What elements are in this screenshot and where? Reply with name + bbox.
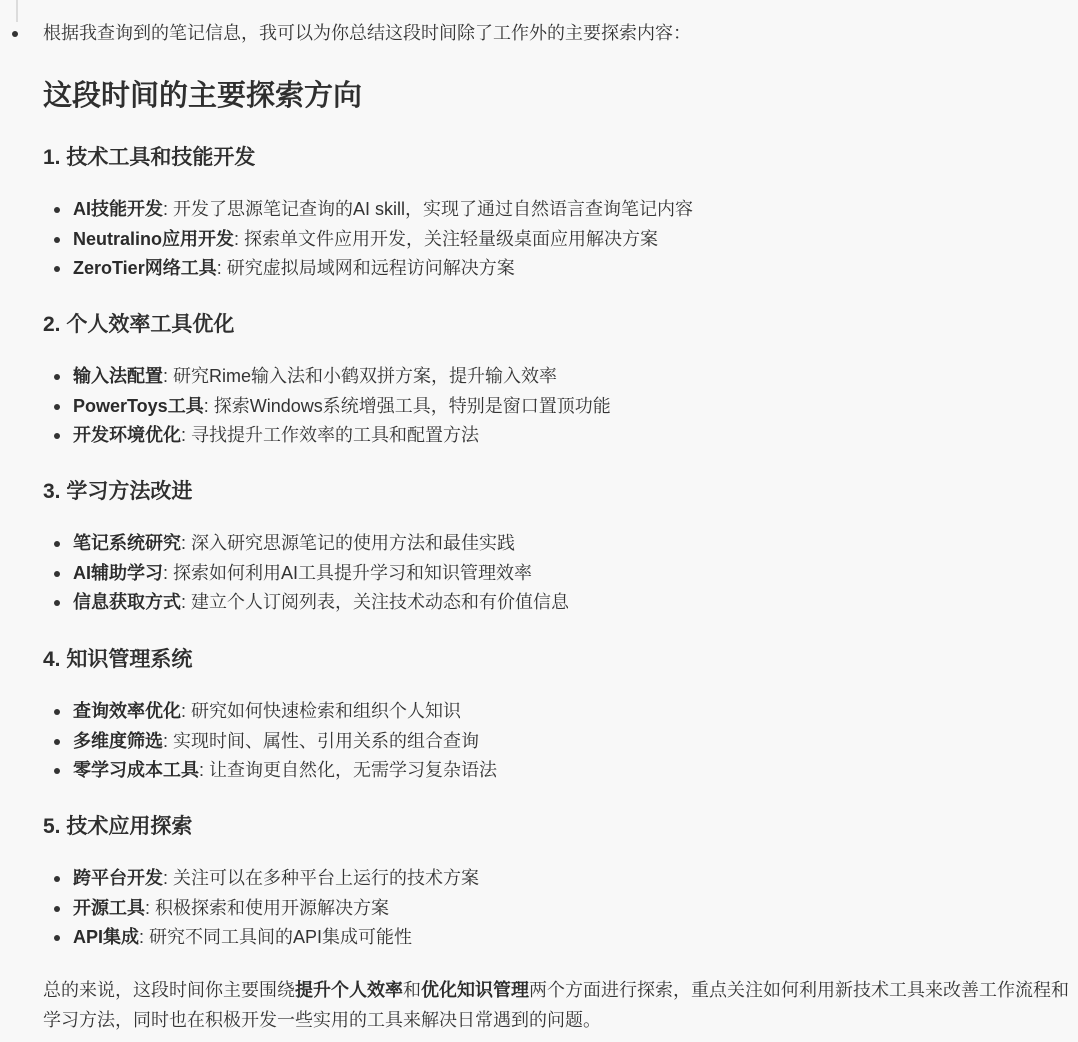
bullet-icon xyxy=(54,600,60,606)
item-text: 积极探索和使用开源解决方案 xyxy=(155,898,389,918)
item-label: Neutralino应用开发 xyxy=(73,229,234,249)
bullet-icon xyxy=(54,709,60,715)
item-label: 信息获取方式 xyxy=(73,592,181,612)
item-text: 开发了思源笔记查询的AI skill，实现了通过自然语言查询笔记内容 xyxy=(173,199,693,219)
bullet-icon xyxy=(54,935,60,941)
item-text: 研究如何快速检索和组织个人知识 xyxy=(191,701,461,721)
summary-emphasis: 提升个人效率 xyxy=(295,980,403,1000)
section-learning-methods: 3. 学习方法改进 笔记系统研究: 深入研究思源笔记的使用方法和最佳实践 AI辅… xyxy=(43,478,1073,618)
item-text: 建立个人订阅列表，关注技术动态和有价值信息 xyxy=(191,592,569,612)
item-label: 零学习成本工具 xyxy=(73,760,199,780)
list-item: AI辅助学习: 探索如何利用AI工具提升学习和知识管理效率 xyxy=(43,559,1073,589)
item-label: 开源工具 xyxy=(73,898,145,918)
section-efficiency-tools: 2. 个人效率工具优化 输入法配置: 研究Rime输入法和小鹤双拼方案，提升输入… xyxy=(43,311,1073,451)
item-label: AI技能开发 xyxy=(73,199,163,219)
list-item: ZeroTier网络工具: 研究虚拟局域网和远程访问解决方案 xyxy=(43,254,1073,284)
summary-emphasis: 优化知识管理 xyxy=(421,980,529,1000)
bullet-icon xyxy=(54,433,60,439)
list-item: API集成: 研究不同工具间的API集成可能性 xyxy=(43,923,1073,953)
summary-paragraph: 总的来说，这段时间你主要围绕提升个人效率和优化知识管理两个方面进行探索，重点关注… xyxy=(43,975,1073,1035)
bullet-icon xyxy=(54,906,60,912)
item-text: 探索如何利用AI工具提升学习和知识管理效率 xyxy=(173,563,532,583)
bullet-icon xyxy=(54,876,60,882)
bullet-icon xyxy=(54,266,60,272)
section-knowledge-management: 4. 知识管理系统 查询效率优化: 研究如何快速检索和组织个人知识 多维度筛选:… xyxy=(43,646,1073,786)
item-label: 查询效率优化 xyxy=(73,701,181,721)
item-text: 研究Rime输入法和小鹤双拼方案，提升输入效率 xyxy=(173,366,557,386)
bullet-icon xyxy=(54,237,60,243)
thread-line xyxy=(16,0,18,22)
item-label: 多维度筛选 xyxy=(73,731,163,751)
item-label: PowerToys工具 xyxy=(73,396,204,416)
section-tech-application: 5. 技术应用探索 跨平台开发: 关注可以在多种平台上运行的技术方案 开源工具:… xyxy=(43,813,1073,953)
item-text: 关注可以在多种平台上运行的技术方案 xyxy=(173,868,479,888)
item-text: 研究不同工具间的API集成可能性 xyxy=(149,927,412,947)
list-item: 输入法配置: 研究Rime输入法和小鹤双拼方案，提升输入效率 xyxy=(43,362,1073,392)
list-item: 查询效率优化: 研究如何快速检索和组织个人知识 xyxy=(43,697,1073,727)
list-item: 开发环境优化: 寻找提升工作效率的工具和配置方法 xyxy=(43,421,1073,451)
list-item: 多维度筛选: 实现时间、属性、引用关系的组合查询 xyxy=(43,727,1073,757)
item-list: AI技能开发: 开发了思源笔记查询的AI skill，实现了通过自然语言查询笔记… xyxy=(43,195,1073,284)
list-item: 开源工具: 积极探索和使用开源解决方案 xyxy=(43,894,1073,924)
section-tech-tools: 1. 技术工具和技能开发 AI技能开发: 开发了思源笔记查询的AI skill，… xyxy=(43,144,1073,284)
item-label: 输入法配置 xyxy=(73,366,163,386)
section-title: 2. 个人效率工具优化 xyxy=(43,311,1073,339)
list-item: 零学习成本工具: 让查询更自然化，无需学习复杂语法 xyxy=(43,756,1073,786)
item-list: 笔记系统研究: 深入研究思源笔记的使用方法和最佳实践 AI辅助学习: 探索如何利… xyxy=(43,529,1073,618)
bullet-icon xyxy=(54,404,60,410)
item-label: AI辅助学习 xyxy=(73,563,163,583)
section-title: 5. 技术应用探索 xyxy=(43,813,1073,841)
bullet-icon xyxy=(54,739,60,745)
bullet-icon xyxy=(54,571,60,577)
list-item: 信息获取方式: 建立个人订阅列表，关注技术动态和有价值信息 xyxy=(43,588,1073,618)
section-title: 3. 学习方法改进 xyxy=(43,478,1073,506)
item-text: 实现时间、属性、引用关系的组合查询 xyxy=(173,731,479,751)
intro-text: 根据我查询到的笔记信息，我可以为你总结这段时间除了工作外的主要探索内容： xyxy=(43,21,691,45)
item-text: 探索Windows系统增强工具，特别是窗口置顶功能 xyxy=(214,396,611,416)
item-label: API集成 xyxy=(73,927,139,947)
item-label: 开发环境优化 xyxy=(73,425,181,445)
item-text: 研究虚拟局域网和远程访问解决方案 xyxy=(227,258,515,278)
item-text: 寻找提升工作效率的工具和配置方法 xyxy=(191,425,479,445)
bullet-icon xyxy=(54,768,60,774)
list-item: 笔记系统研究: 深入研究思源笔记的使用方法和最佳实践 xyxy=(43,529,1073,559)
item-list: 跨平台开发: 关注可以在多种平台上运行的技术方案 开源工具: 积极探索和使用开源… xyxy=(43,864,1073,953)
list-item: 跨平台开发: 关注可以在多种平台上运行的技术方案 xyxy=(43,864,1073,894)
bullet-icon xyxy=(54,207,60,213)
bullet-icon xyxy=(54,374,60,380)
list-item: PowerToys工具: 探索Windows系统增强工具，特别是窗口置顶功能 xyxy=(43,392,1073,422)
item-text: 深入研究思源笔记的使用方法和最佳实践 xyxy=(191,533,515,553)
bullet-icon xyxy=(12,31,18,37)
bullet-icon xyxy=(54,541,60,547)
section-title: 4. 知识管理系统 xyxy=(43,646,1073,674)
item-text: 探索单文件应用开发，关注轻量级桌面应用解决方案 xyxy=(244,229,658,249)
item-list: 查询效率优化: 研究如何快速检索和组织个人知识 多维度筛选: 实现时间、属性、引… xyxy=(43,697,1073,786)
item-text: 让查询更自然化，无需学习复杂语法 xyxy=(209,760,497,780)
item-list: 输入法配置: 研究Rime输入法和小鹤双拼方案，提升输入效率 PowerToys… xyxy=(43,362,1073,451)
item-label: 跨平台开发 xyxy=(73,868,163,888)
list-item: AI技能开发: 开发了思源笔记查询的AI skill，实现了通过自然语言查询笔记… xyxy=(43,195,1073,225)
item-label: 笔记系统研究 xyxy=(73,533,181,553)
list-item: Neutralino应用开发: 探索单文件应用开发，关注轻量级桌面应用解决方案 xyxy=(43,225,1073,255)
item-label: ZeroTier网络工具 xyxy=(73,258,217,278)
section-title: 1. 技术工具和技能开发 xyxy=(43,144,1073,172)
page-heading: 这段时间的主要探索方向 xyxy=(43,77,362,115)
